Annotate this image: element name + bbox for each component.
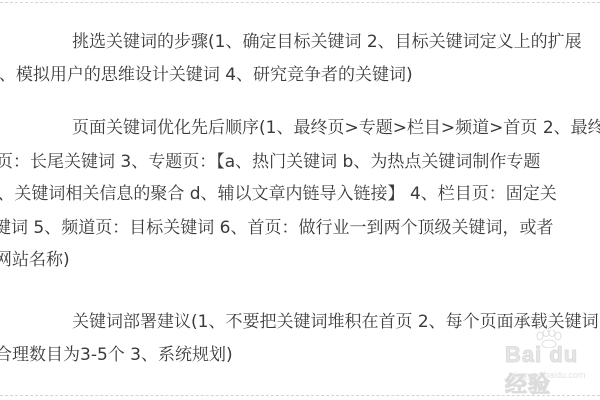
paragraph-2-line-2: 页：长尾关键词 3、专题页：【a、热门关键词 b、为热点关键词制作专题	[0, 151, 540, 173]
bottom-divider	[0, 395, 600, 396]
watermark-url: jingyan.baidu.com	[513, 370, 586, 380]
paragraph-2-line-4: 键词 5、频道页：目标关键词 6、首页：做行业一到两个顶级关键词，或者	[0, 217, 553, 239]
paragraph-1-line-2: 3、模拟用户的思维设计关键词 4、研究竞争者的关键词)	[0, 64, 413, 86]
paragraph-2-line-1: 页面关键词优化先后顺序(1、最终页>专题>栏目>频道>首页 2、最终	[72, 117, 600, 139]
paragraph-1-line-1: 挑选关键词的步骤(1、确定目标关键词 2、目标关键词定义上的扩展	[72, 31, 582, 53]
baidu-jingyan-watermark: Bai du 经验 jingyan.baidu.com	[505, 330, 600, 390]
paragraph-3-line-2: 合理数目为3-5个 3、系统规划)	[0, 344, 233, 366]
paragraph-2-line-5: 网站名称)	[0, 249, 70, 271]
paragraph-2-line-3: c、关键词相关信息的聚合 d、辅以文章内链导入链接】 4、栏目页：固定关	[0, 183, 557, 205]
top-divider	[0, 2, 600, 3]
article-frame: 挑选关键词的步骤(1、确定目标关键词 2、目标关键词定义上的扩展 3、模拟用户的…	[0, 0, 600, 400]
